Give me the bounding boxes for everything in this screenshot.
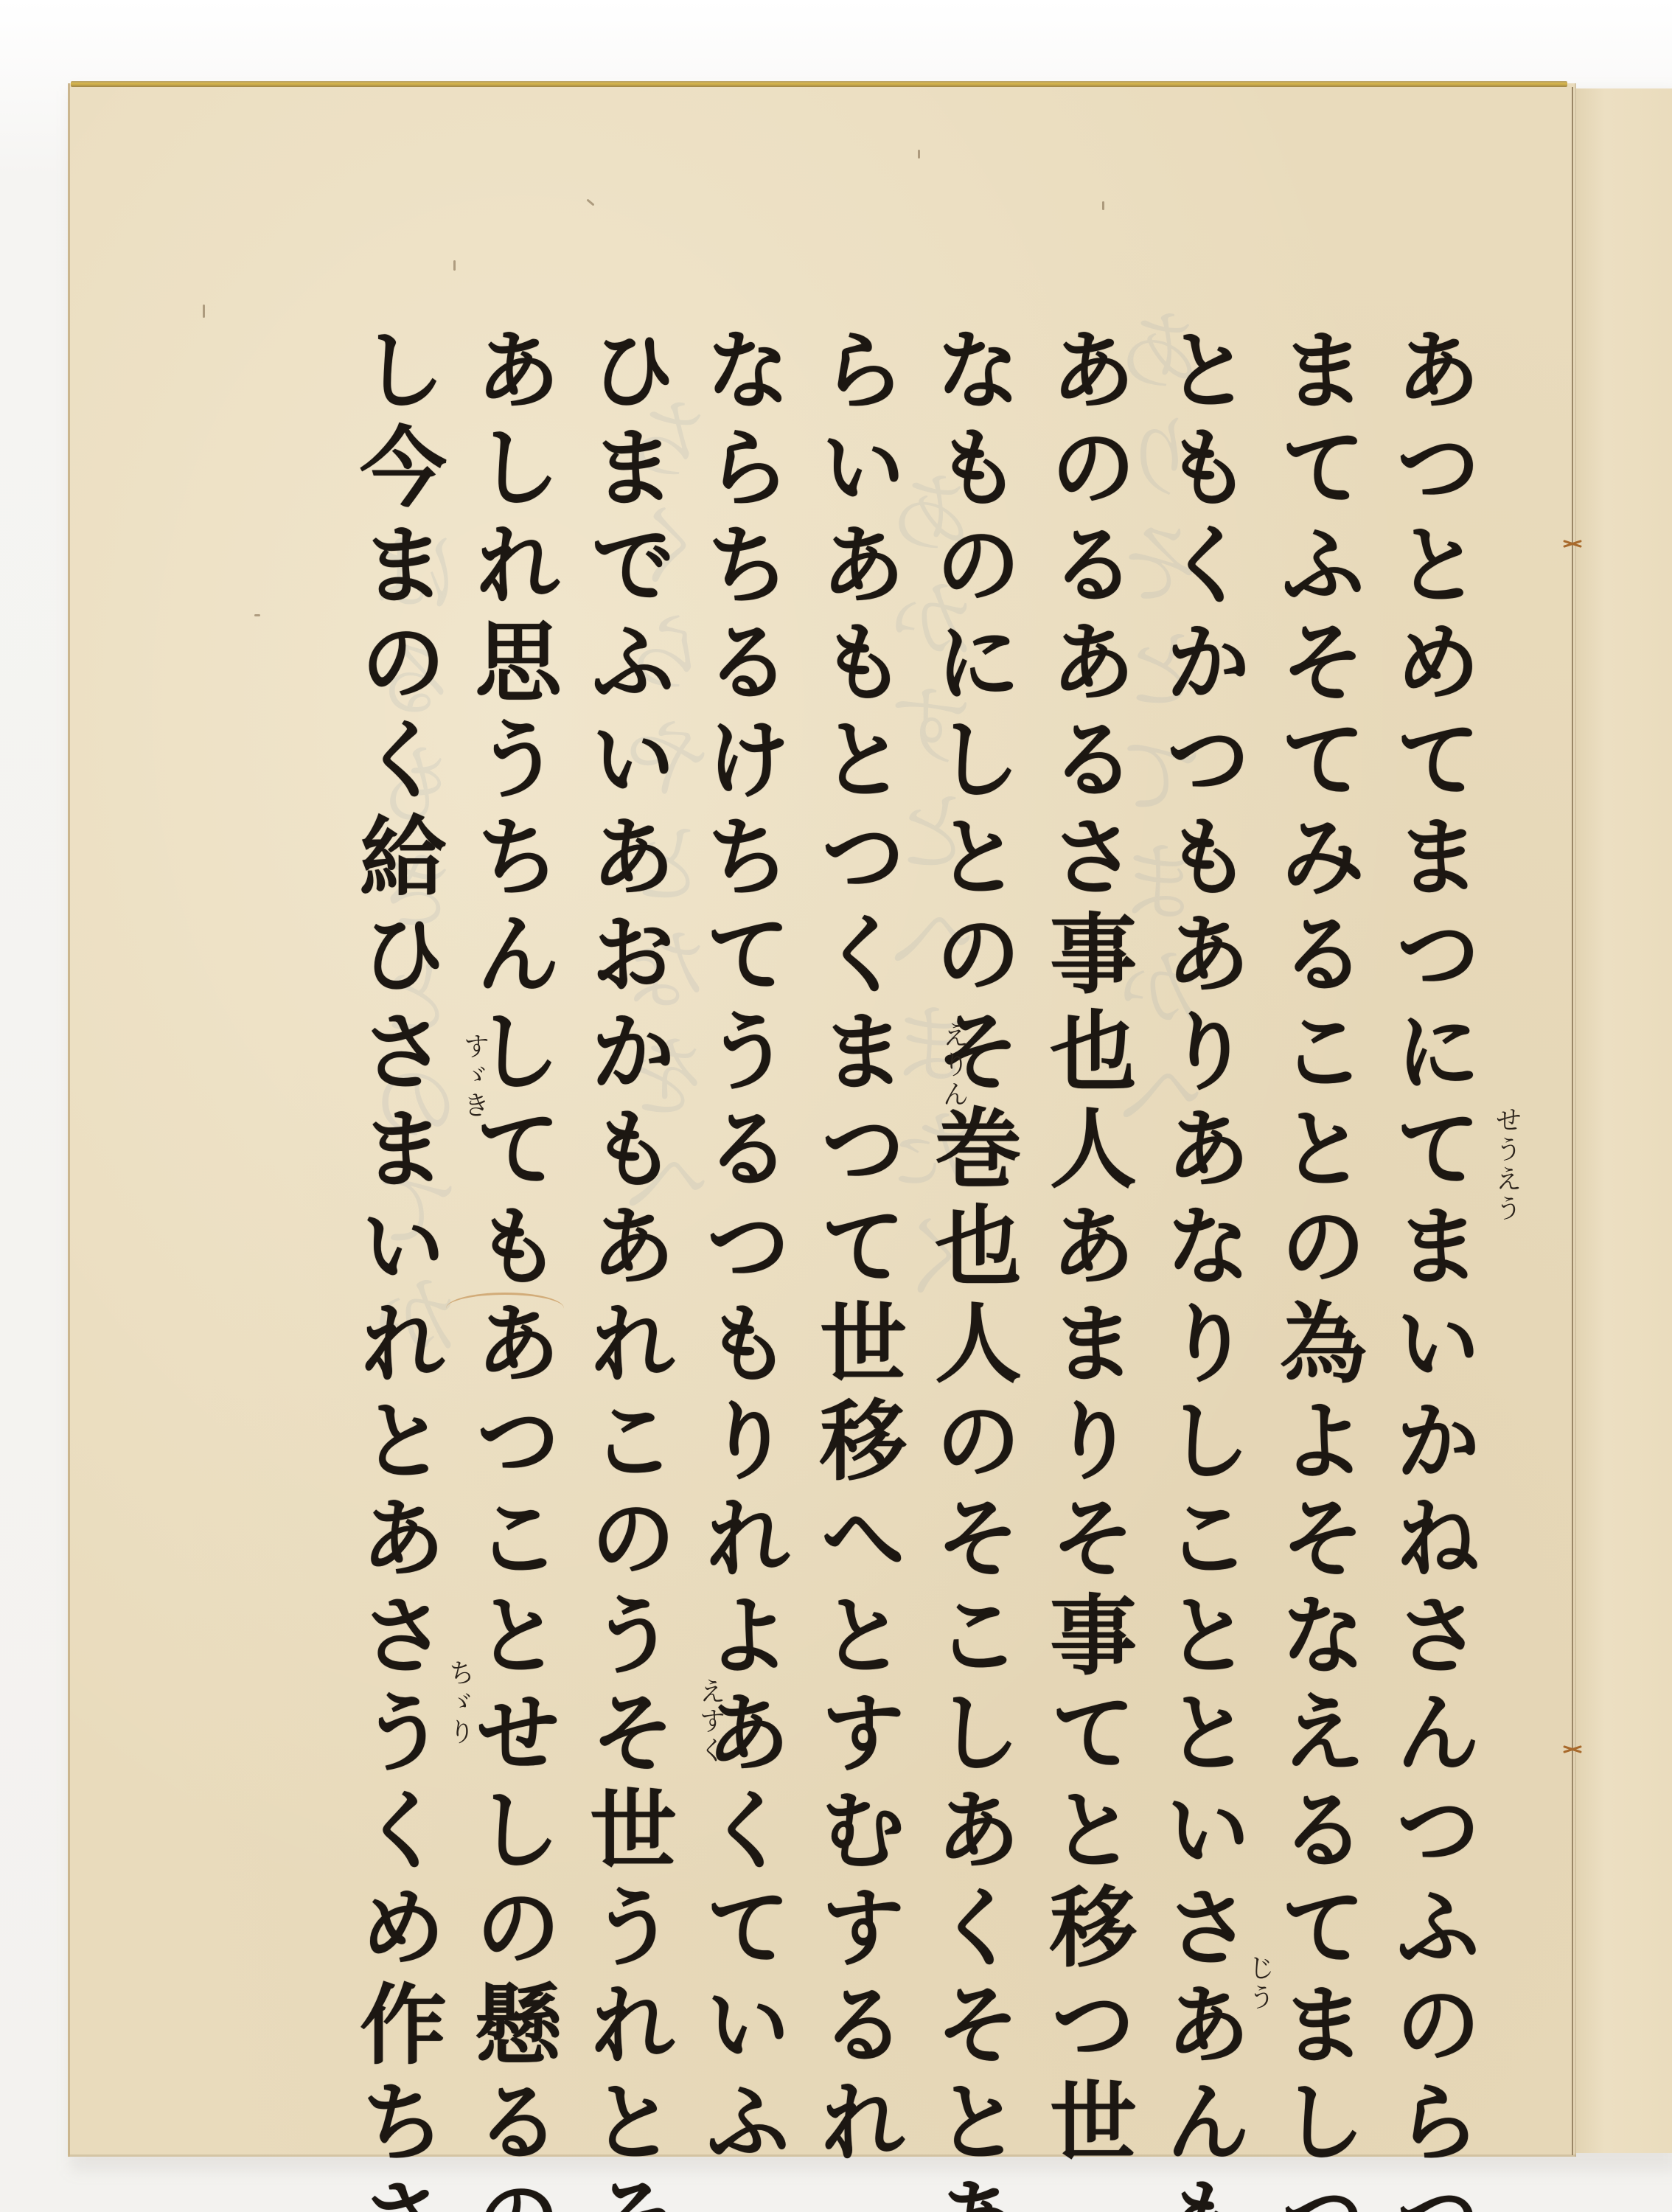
ruby-annotation: ちゞり <box>446 1659 473 1747</box>
text-column-2: まてふそてみることの為よそなえるてましつせん <box>1272 324 1359 2087</box>
binding-stitch <box>1563 538 1582 549</box>
text-column-4: あのるあるさ事也人あまりそ事てと移つ世 <box>1042 324 1129 2087</box>
paper-fleck <box>1102 201 1104 210</box>
binding-fold-line <box>1572 87 1573 2155</box>
calligraphy-text-block: あつとめてまつにてまいかねさんつふのらつくり まてふそてみることの為よそなえるて… <box>214 324 1474 2087</box>
text-column-7: ならちるけちてうるつもりれよあくていふ <box>697 324 784 2087</box>
gilt-top-edge <box>71 81 1567 87</box>
text-column-1: あつとめてまつにてまいかねさんつふのらつくり <box>1387 324 1474 2087</box>
text-column-6: らいあもとつくまつて世移へとすむするれ <box>812 324 899 2087</box>
paper-fleck <box>586 198 594 206</box>
next-page-edge <box>1574 88 1672 2153</box>
paper-fleck <box>918 150 920 159</box>
text-column-10: し今まのく給ひさまいれとあさうくめ作ちさ里 <box>352 324 439 2087</box>
ruby-annotation: じう <box>1246 1954 1272 2013</box>
ruby-annotation: せうえう <box>1493 1106 1519 1224</box>
paper-fleck <box>453 260 456 271</box>
text-column-3: ともくかつもありあなりしことといさあんも従 <box>1157 324 1244 2087</box>
binding-stitch <box>1563 1744 1582 1754</box>
text-column-5: なものにしとのそ巻也人のそこしあくそとあ <box>927 324 1014 2087</box>
text-column-9: あしれ思うちんしてもあつことせしの懸るの人 <box>467 324 554 2087</box>
paper-fleck <box>203 305 205 318</box>
ruby-annotation: えすく <box>697 1677 723 1766</box>
ruby-annotation: えりん <box>940 1021 966 1110</box>
ruby-annotation: すゞき <box>461 1032 487 1121</box>
photo-scene: ありそとてまかへ あかすとへまたく ちくらやとなをへ はるもさとのてか あつとめ… <box>0 0 1672 2212</box>
text-column-8: ひまでふいあおかもあれこのうそ世うれとそえう <box>582 324 669 2087</box>
